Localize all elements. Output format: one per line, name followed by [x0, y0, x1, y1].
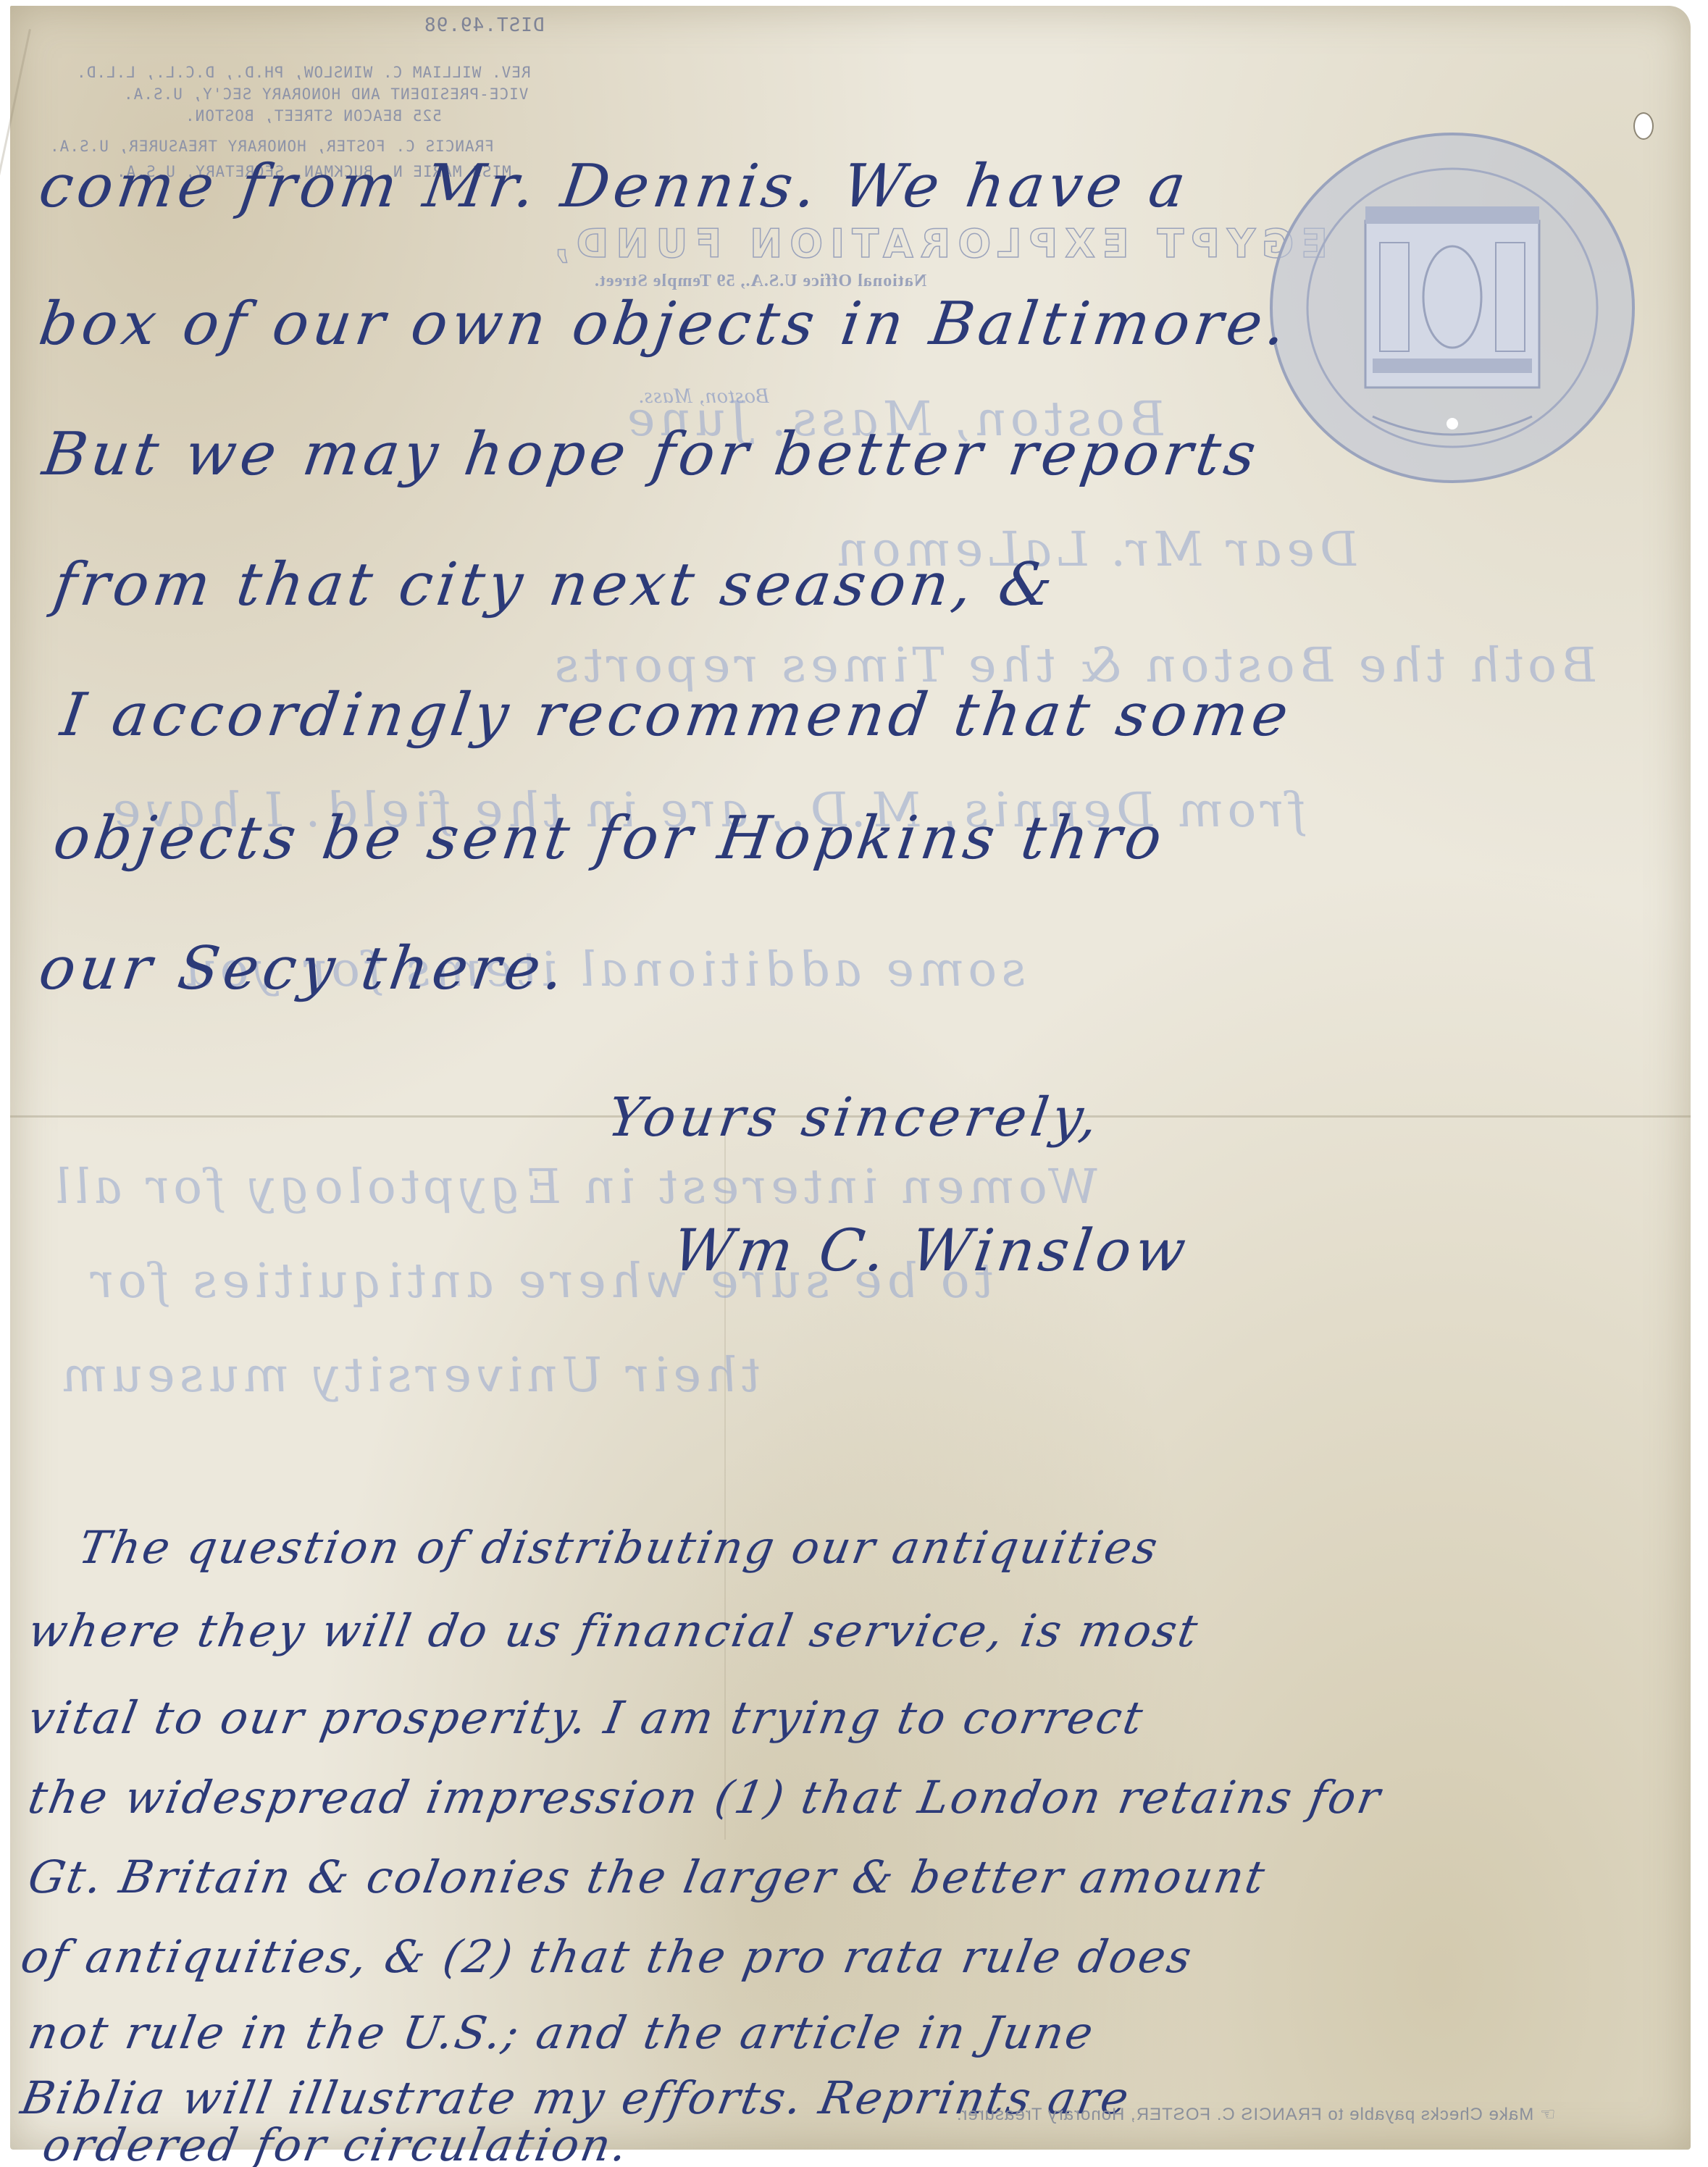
postscript-line: the widespread impression (1) that Londo…	[25, 1771, 1386, 1824]
bleed-through-line: their University museum	[54, 1347, 765, 1403]
postscript-line: The question of distributing our antiqui…	[75, 1521, 1164, 1574]
letter-closing: Yours sincerely,	[604, 1086, 1105, 1149]
archive-stamp: DIST.49.98	[424, 14, 545, 36]
letter-line: box of our own objects in Baltimore.	[35, 290, 1294, 359]
postscript-line: where they will do us financial service,…	[25, 1604, 1204, 1657]
signature: Wm C. Winslow	[669, 1217, 1194, 1284]
letter-line: objects be sent for Hopkins thro	[49, 804, 1170, 873]
postscript-line: Gt. Britain & colonies the larger & bett…	[25, 1850, 1271, 1903]
organization-name: EGYPT EXPLORATION FUND,	[547, 221, 1328, 267]
postscript-line: ordered for circulation.	[39, 2118, 634, 2167]
postscript-line: of antiquities, & (2) that the pro rata …	[17, 1930, 1198, 1983]
postscript-line: not rule in the U.S.; and the article in…	[25, 2006, 1100, 2059]
postscript-line: vital to our prosperity. I am trying to …	[25, 1691, 1149, 1744]
letterhead-officer-line: REV. WILLIAM C. WINSLOW, PH.D., D.C.L., …	[76, 64, 531, 81]
letter-line: our Secy there.	[35, 934, 572, 1003]
letterhead-footer: ☞ Make Checks payable to FRANCIS C. FOST…	[956, 2104, 1555, 2125]
letter-line: But we may hope for better reports	[38, 420, 1264, 489]
letter-line: from that city next season, &	[49, 550, 1061, 619]
letter-line: I accordingly recommend that some	[56, 681, 1297, 750]
bleed-through-line: Women interest in Egyptology for all	[47, 1159, 1102, 1215]
office-address: National Office U.S.A., 59 Temple Street…	[594, 272, 926, 291]
egypt-exploration-fund-seal-icon	[1264, 127, 1641, 489]
letterhead-officer-line: 525 BEACON STREET, BOSTON.	[185, 107, 442, 125]
letter-line: come from Mr. Dennis. We have a	[35, 152, 1194, 221]
letterhead-officer-line: VICE-PRESIDENT AND HONORARY SEC'Y, U.S.A…	[123, 85, 528, 103]
